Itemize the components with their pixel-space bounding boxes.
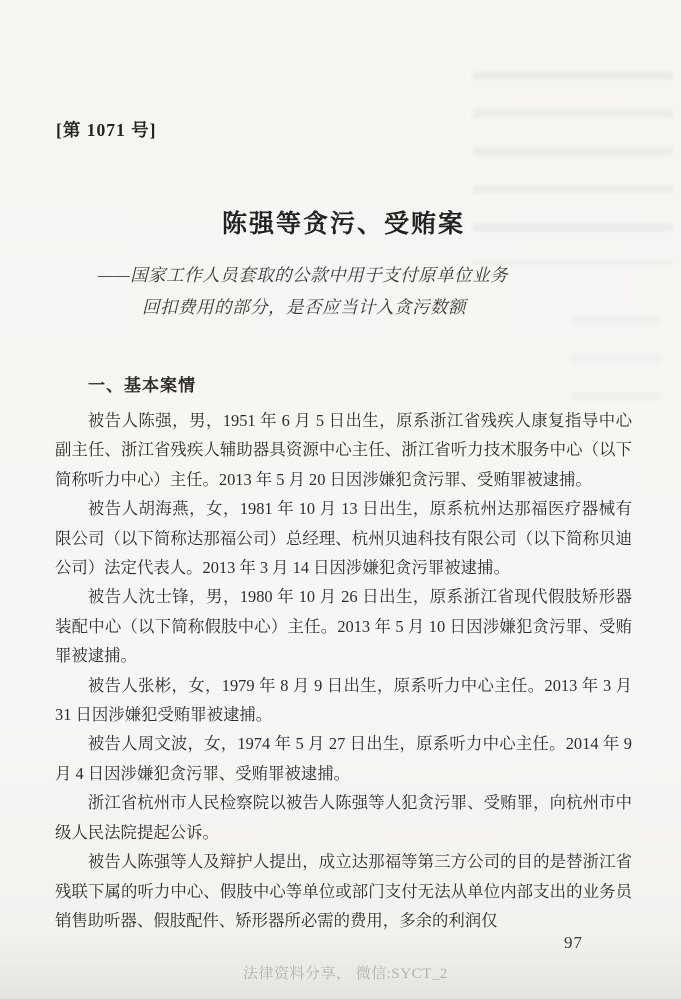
- paragraph-defense-argument: 被告人陈强等人及辩护人提出，成立达那福等第三方公司的目的是替浙江省残联下属的听力…: [55, 847, 632, 935]
- paragraph-defendant-chenqiang: 被告人陈强，男，1951 年 6 月 5 日出生，原系浙江省残疾人康复指导中心副…: [55, 406, 632, 494]
- case-title: 陈强等贪污、受贿案: [55, 204, 632, 240]
- paragraph-prosecution: 浙江省杭州市人民检察院以被告人陈强等人犯贪污罪、受贿罪，向杭州市中级人民法院提起…: [55, 788, 632, 847]
- case-subtitle-line-2: 回扣费用的部分，是否应当计入贪污数额: [98, 292, 568, 324]
- paragraph-defendant-huhaiyan: 被告人胡海燕，女，1981 年 10 月 13 日出生，原系杭州达那福医疗器械有…: [55, 494, 632, 582]
- body-text: 被告人陈强，男，1951 年 6 月 5 日出生，原系浙江省残疾人康复指导中心副…: [55, 406, 632, 935]
- page-number: 97: [564, 933, 583, 953]
- case-subtitle: ——国家工作人员套取的公款中用于支付原单位业务 回扣费用的部分，是否应当计入贪污…: [98, 260, 568, 323]
- case-number-label: [第 1071 号]: [56, 117, 156, 142]
- paragraph-defendant-shenshifeng: 被告人沈士锋，男，1980 年 10 月 26 日出生，原系浙江省现代假肢矫形器…: [55, 582, 632, 670]
- watermark-text: 法律资料分享， 微信:SYCT_2: [243, 962, 448, 983]
- paragraph-defendant-zhouwenbo: 被告人周文波，女，1974 年 5 月 27 日出生，原系听力中心主任。2014…: [55, 729, 632, 788]
- case-subtitle-line-1: ——国家工作人员套取的公款中用于支付原单位业务: [98, 260, 568, 292]
- document-page: [第 1071 号] 陈强等贪污、受贿案 ——国家工作人员套取的公款中用于支付原…: [0, 0, 681, 999]
- show-through-artifact: [571, 300, 661, 420]
- paragraph-defendant-zhangbin: 被告人张彬，女，1979 年 8 月 9 日出生，原系听力中心主任。2013 年…: [55, 671, 632, 730]
- section-heading-basic-facts: 一、基本案情: [88, 371, 196, 396]
